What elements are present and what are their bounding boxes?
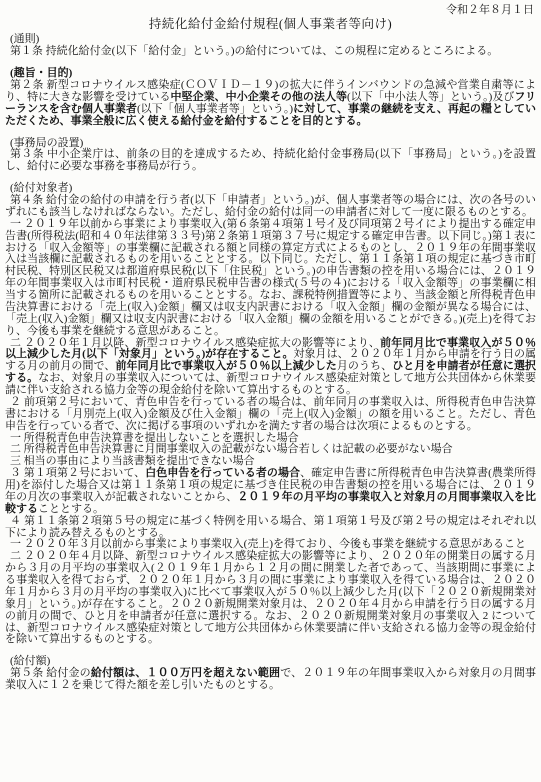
body-text: (以下「中小法人等」という。)及び bbox=[347, 91, 514, 103]
paragraph: ４ 第１１条第２項第５号の規定に基づく特例を用いる場合、第１項第１号及び第２号の… bbox=[5, 516, 536, 540]
body-text: (以下「個人事業者等」という。) bbox=[137, 103, 293, 115]
emphasized-text: 前年同月比で事業収入が５０％以上減少した bbox=[115, 360, 336, 372]
body-text: 二 ２０２０年４月以降、新型コロナウイルス感染症拡大の影響等により、２０２０年の… bbox=[5, 550, 536, 645]
body-text: 第３条 中小企業庁は、前条の目的を達成するため、持続化給付金事務局(以下「事務局… bbox=[5, 148, 536, 172]
body-text: なお、対象月の事業収入については、新型コロナウイルス感染症対策として地方公共団体… bbox=[5, 372, 536, 396]
body-text: ２ 前項第２号において、青色申告を行っている者の場合は、前年同月の事業収入は、所… bbox=[5, 396, 536, 432]
paragraph: 第１条 持続化給付金(以下「給付金」という。)の給付については、この規程に定める… bbox=[5, 46, 536, 58]
document-title: 持続化給付金給付規程(個人事業者等向け) bbox=[5, 18, 536, 32]
emphasized-text: (趣旨・目的) bbox=[10, 67, 72, 79]
paragraph: 二 ２０２０年４月以降、新型コロナウイルス感染症拡大の影響等により、２０２０年の… bbox=[5, 551, 536, 646]
document-body: (通則)第１条 持続化給付金(以下「給付金」という。)の給付については、この規程… bbox=[5, 34, 536, 692]
paragraph: 第２条 新型コロナウイルス感染症(ＣＯＶＩＤ－１９)の拡大に伴うインバウンドの急… bbox=[5, 80, 536, 128]
body-text: 二 所得税青色申告決算書に月間事業収入の記載がない場合若しくは記載の必要がない場… bbox=[10, 443, 453, 455]
paragraph: 第３条 中小企業庁は、前条の目的を達成するため、持続化給付金事務局(以下「事務局… bbox=[5, 149, 536, 173]
body-text: 一 ２０１９年以前から事業により事業収入(第６条第４項第１号イ及び同項第２号イに… bbox=[5, 218, 536, 337]
body-text: ４ 第１１条第２項第５号の規定に基づく特例を用いる場合、第１項第１号及び第２号の… bbox=[5, 515, 536, 539]
document-page: 令和２年８月１日 持続化給付金給付規程(個人事業者等向け) (通則)第１条 持続… bbox=[0, 0, 541, 782]
body-text: (給付額) bbox=[10, 655, 50, 667]
emphasized-text: 中堅企業、中小企業その他の法人等 bbox=[171, 91, 348, 103]
body-text: ３ 第１項第２号において、 bbox=[10, 467, 145, 479]
body-text: 第４条 給付金の給付の申請を行う者(以下「申請者」という。)が、個人事業者等の場… bbox=[5, 194, 536, 218]
body-text: 月のうち、 bbox=[337, 360, 392, 372]
body-text: (事務局の設置) bbox=[10, 137, 83, 149]
body-text: 一 所得税青色申告決算書を提出しないことを選択した場合 bbox=[10, 432, 299, 444]
body-text: 三 相当の事由により当該書類を提出できない場合 bbox=[10, 455, 255, 467]
body-text: 一 ２０２０年３月以前から事業により事業収入(売上)を得ており、今後も事業を継続… bbox=[10, 538, 526, 550]
paragraph: ３ 第１項第２号において、白色申告を行っている者の場合、確定申告書に所得税青色申… bbox=[5, 468, 536, 516]
body-text: 第５条 給付金の bbox=[10, 667, 91, 679]
body-text: こととする。 bbox=[38, 503, 104, 515]
body-text: (通則) bbox=[10, 33, 39, 45]
paragraph: 第４条 給付金の給付の申請を行う者(以下「申請者」という。)が、個人事業者等の場… bbox=[5, 195, 536, 219]
body-text: 二 ２０２０年１月以降、新型コロナウイルス感染症拡大の影響等により、 bbox=[10, 337, 380, 349]
paragraph: 二 ２０２０年１月以降、新型コロナウイルス感染症拡大の影響等により、前年同月比で… bbox=[5, 338, 536, 397]
body-text: 第１条 持続化給付金(以下「給付金」という。)の給付については、この規程に定める… bbox=[10, 45, 498, 57]
document-date: 令和２年８月１日 bbox=[5, 5, 536, 17]
body-text: (給付対象者) bbox=[10, 182, 72, 194]
paragraph: ２ 前項第２号において、青色申告を行っている者の場合は、前年同月の事業収入は、所… bbox=[5, 397, 536, 433]
paragraph: 一 ２０１９年以前から事業により事業収入(第６条第４項第１号イ及び同項第２号イに… bbox=[5, 219, 536, 338]
emphasized-text: 白色申告を行っている者の場合 bbox=[145, 467, 300, 479]
paragraph: 第５条 給付金の給付額は、１００万円を超えない範囲で、２０１９年の年間事業収入か… bbox=[5, 668, 536, 692]
emphasized-text: 給付額は、１００万円を超えない範囲 bbox=[91, 667, 280, 679]
